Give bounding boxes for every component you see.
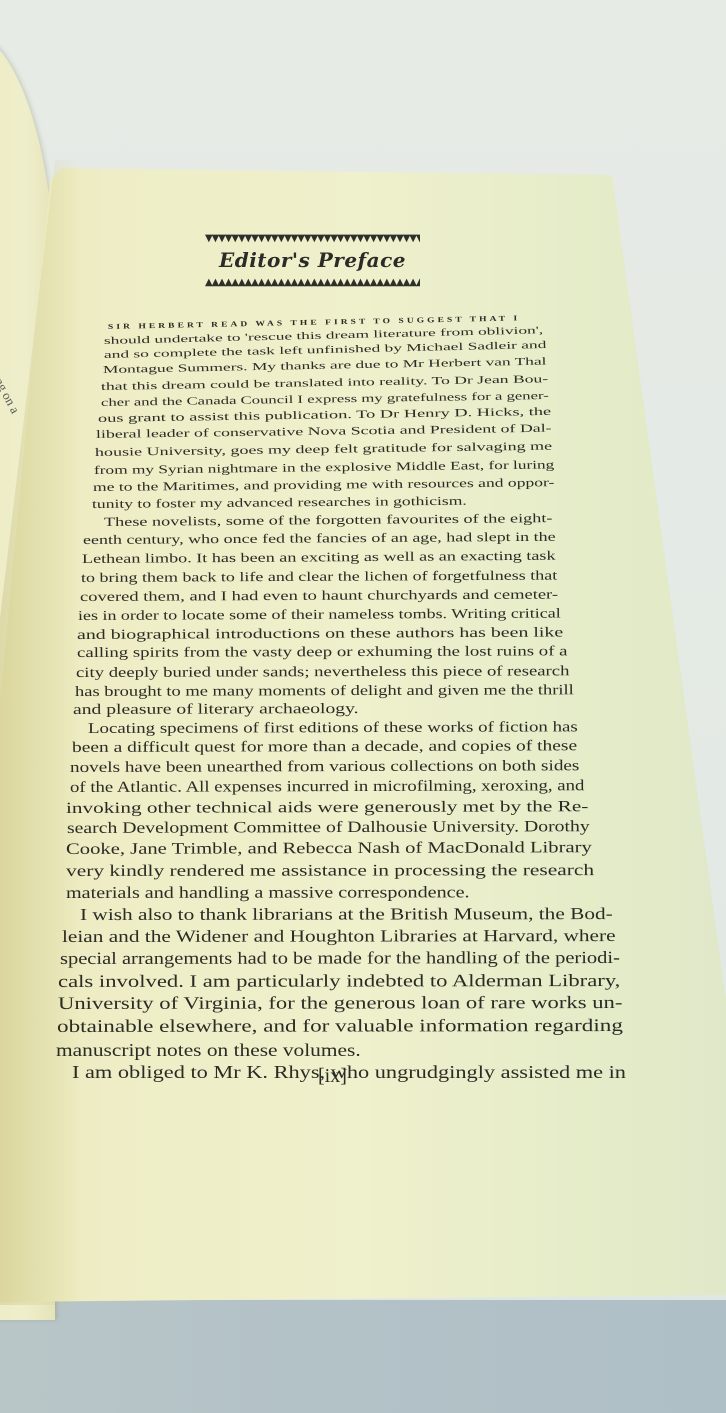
text-line: novels have been unearthed from various …: [70, 757, 579, 777]
text-line: materials and handling a massive corresp…: [66, 882, 470, 903]
ornament-bottom: ▲▲▲▲▲▲▲▲▲▲▲▲▲▲▲▲▲▲▲▲▲▲▲▲▲▲▲▲▲▲▲▲▲▲▲▲▲▲▲: [205, 278, 420, 288]
text-line: been a difficult quest for more than a d…: [72, 738, 577, 757]
text-line: invoking other technical aids were gener…: [66, 798, 588, 818]
text-line: very kindly rendered me assistance in pr…: [66, 861, 594, 881]
text-line: search Development Committee of Dalhousi…: [67, 818, 590, 838]
text-line: tunity to foster my advanced researches …: [92, 494, 467, 512]
text-line: eenth century, who once fed the fancies …: [83, 530, 556, 548]
page-content: ▼▼▼▼▼▼▼▼▼▼▼▼▼▼▼▼▼▼▼▼▼▼▼▼▼▼▼▼▼▼▼▼▼▼▼▼▼▼▼ …: [0, 0, 726, 1413]
text-line: and pleasure of literary archaeology.: [73, 701, 359, 719]
text-line: calling spirits from the vasty deep or e…: [77, 644, 568, 662]
text-line: housie University, goes my deep felt gra…: [95, 440, 552, 459]
text-line: ies in order to locate some of their nam…: [78, 605, 561, 624]
text-line: Cooke, Jane Trimble, and Rebecca Nash of…: [66, 839, 592, 859]
text-line: Lethean limbo. It has been an exciting a…: [82, 548, 556, 567]
text-line: me to the Maritimes, and providing me wi…: [93, 475, 555, 495]
text-line: Locating specimens of first editions of …: [88, 719, 578, 738]
text-line: manuscript notes on these volumes.: [56, 1040, 361, 1061]
page-number: [ix]: [318, 1065, 347, 1088]
page-title: Editor's Preface: [205, 248, 420, 272]
text-line: covered them, and I had even to haunt ch…: [80, 586, 558, 605]
text-line: liberal leader of conservative Nova Scot…: [96, 423, 552, 441]
text-line: I wish also to thank librarians at the B…: [80, 904, 613, 925]
text-line: ous grant to assist this publication. To…: [98, 406, 551, 425]
text-line: These novelists, some of the forgotten f…: [104, 511, 553, 530]
text-line: University of Virginia, for the generous…: [58, 992, 622, 1014]
ornament-top: ▼▼▼▼▼▼▼▼▼▼▼▼▼▼▼▼▼▼▼▼▼▼▼▼▼▼▼▼▼▼▼▼▼▼▼▼▼▼▼: [205, 234, 420, 244]
text-line: leian and the Widener and Houghton Libra…: [62, 926, 616, 947]
text-line: of the Atlantic. All expenses incurred i…: [70, 777, 584, 797]
text-line: I am obliged to Mr K. Rhys, who ungrudgi…: [72, 1062, 626, 1083]
text-line: special arrangements had to be made for …: [60, 948, 620, 969]
text-line: cals involved. I am particularly indebte…: [58, 970, 620, 992]
text-line: has brought to me many moments of deligh…: [75, 682, 574, 701]
text-line: to bring them back to life and clear the…: [81, 568, 557, 586]
text-line: and biographical introductions on these …: [77, 624, 563, 643]
text-line: city deeply buried under sands; neverthe…: [76, 663, 569, 682]
text-line: obtainable elsewhere, and for valuable i…: [57, 1015, 623, 1037]
